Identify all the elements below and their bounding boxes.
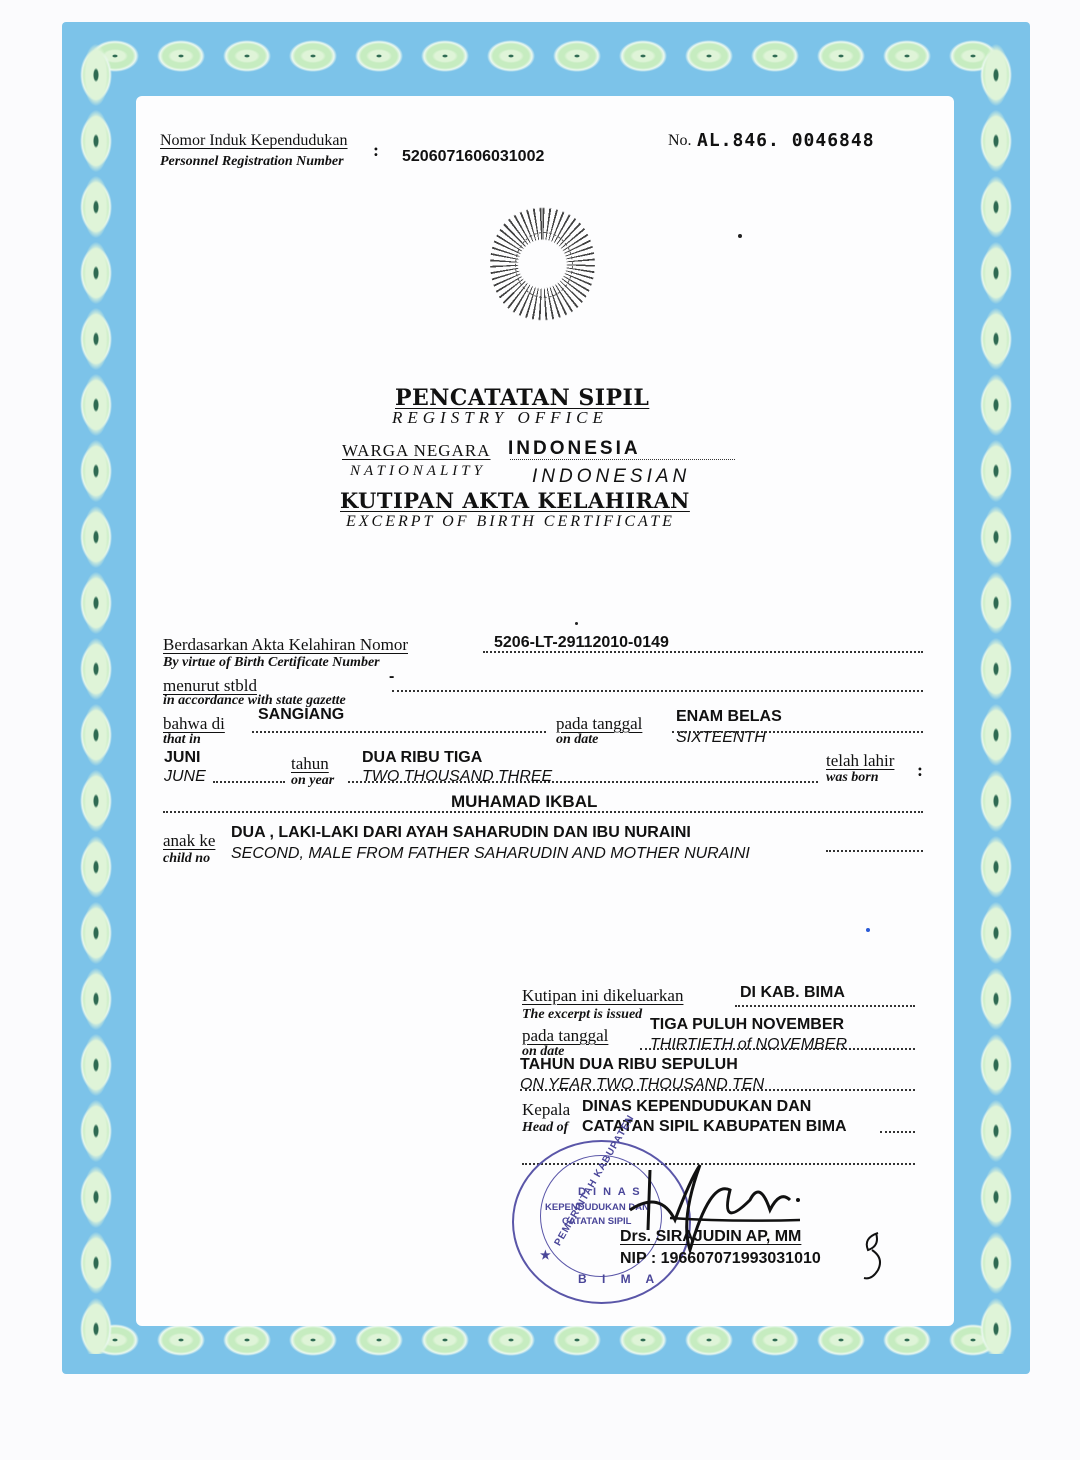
date-dotline — [672, 731, 923, 733]
issue-date-value: TIGA PULUH NOVEMBER — [650, 1016, 844, 1034]
child-no-dotline — [826, 850, 923, 852]
issue-year-value: TAHUN DUA RIBU SEPULUH — [520, 1056, 738, 1074]
month-value-en: JUNE — [164, 768, 206, 786]
date-value: ENAM BELAS — [676, 708, 782, 726]
nik-colon: : — [373, 140, 379, 161]
nationality-value: INDONESIA — [508, 438, 641, 460]
issued-dotline — [735, 1005, 915, 1007]
issue-year-value-en: ON YEAR TWO THOUSAND TEN — [520, 1076, 764, 1094]
place-dotline — [252, 731, 546, 733]
issued-value: DI KAB. BIMA — [740, 984, 845, 1002]
date-label-en: on date — [556, 732, 598, 748]
border-ornament-left — [72, 42, 120, 1354]
year-dotline — [348, 781, 818, 783]
born-label: telah lahir — [826, 751, 894, 771]
cert-no-label-en: By virtue of Birth Certificate Number — [163, 655, 380, 671]
year-value: DUA RIBU TIGA — [362, 749, 482, 767]
ink-dot — [866, 928, 870, 932]
border-ornament-right — [972, 42, 1020, 1354]
place-label: bahwa di — [163, 714, 225, 734]
child-name: MUHAMAD IKBAL — [451, 792, 597, 812]
ink-dot — [575, 622, 578, 625]
year-value-en: TWO THOUSAND THREE — [362, 768, 552, 786]
stamp-star-icon: ★ — [540, 1248, 552, 1262]
place-value: SANGIANG — [258, 706, 344, 724]
initials-mark — [858, 1228, 888, 1283]
nik-label-en: Personnel Registration Number — [160, 154, 344, 170]
child-no-value: DUA , LAKI-LAKI DARI AYAH SAHARUDIN DAN … — [231, 824, 691, 842]
nationality-label: WARGA NEGARA — [342, 441, 490, 461]
cert-no-label: Berdasarkan Akta Kelahiran Nomor — [163, 635, 408, 655]
nationality-label-en: NATIONALITY — [350, 463, 486, 480]
head-dotline — [880, 1131, 915, 1133]
stbld-dotline — [392, 690, 923, 692]
child-no-label-en: child no — [163, 851, 210, 867]
issue-date-label: pada tanggal — [522, 1026, 608, 1046]
month-value: JUNI — [164, 749, 200, 767]
document-title-en: EXCERPT OF BIRTH CERTIFICATE — [346, 513, 675, 531]
issued-label: Kutipan ini dikeluarkan — [522, 986, 683, 1006]
nationality-value-en: INDONESIAN — [532, 466, 690, 488]
cert-no-value: 5206-LT-29112010-0149 — [494, 634, 669, 652]
document-title: KUTIPAN AKTA KELAHIRAN — [340, 488, 690, 513]
born-label-en: was born — [826, 770, 879, 786]
official-name: Drs. SIRAJUDIN AP, MM — [620, 1228, 801, 1246]
nik-value: 5206071606031002 — [402, 148, 544, 166]
head-label: Kepala — [522, 1100, 570, 1120]
nationality-dotline — [510, 459, 735, 460]
serial-number: AL.846. 0046848 — [697, 130, 875, 151]
issue-date-dotline — [640, 1048, 915, 1050]
office-title-en: REGISTRY OFFICE — [392, 408, 608, 428]
head-label-en: Head of — [522, 1120, 568, 1136]
month-dotline — [213, 781, 285, 783]
date-label: pada tanggal — [556, 714, 642, 734]
cert-no-dotline — [483, 651, 923, 653]
issued-label-en: The excerpt is issued — [522, 1007, 642, 1023]
year-label-en: on year — [291, 773, 334, 789]
issue-date-value-en: THIRTIETH of NOVEMBER — [650, 1036, 847, 1054]
border-ornament-top — [82, 32, 1010, 80]
born-colon: : — [917, 760, 923, 781]
child-no-value-en: SECOND, MALE FROM FATHER SAHARUDIN AND M… — [231, 845, 750, 863]
head-value: DINAS KEPENDUDUKAN DAN — [582, 1098, 811, 1116]
serial-prefix: No. — [668, 132, 692, 150]
place-label-en: that in — [163, 732, 201, 748]
child-name-dotline — [163, 811, 923, 813]
stamp-bottom-text: B I M A — [578, 1272, 660, 1286]
official-nip: NIP : 196607071993031010 — [620, 1250, 821, 1268]
garuda-emblem-icon — [515, 232, 573, 298]
child-no-label: anak ke — [163, 831, 215, 851]
ink-dot — [738, 234, 742, 238]
year-label: tahun — [291, 754, 329, 774]
stbld-value: - — [389, 668, 394, 686]
nik-label: Nomor Induk Kependudukan — [160, 132, 348, 150]
issue-year-dotline — [520, 1089, 915, 1091]
